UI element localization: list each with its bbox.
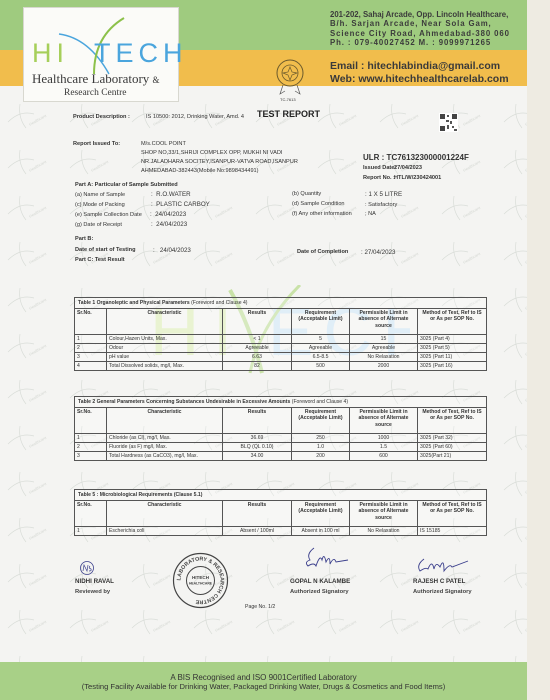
table-cell: Absent / 100ml: [223, 527, 292, 536]
table-caption: Table 5 : Microbiological Requirements (…: [75, 490, 487, 501]
sample-field-value: : PLASTIC CARBOY: [151, 201, 210, 208]
table-cell: 3: [75, 353, 107, 362]
column-header: Permissible Limit in absence of Alternat…: [350, 501, 418, 527]
issued-to-line: NR.JALADHARA SOCITEY,ISANPUR-VATVA ROAD,…: [141, 159, 298, 165]
footer-certification: A BIS Recognised and ISO 9001Certified L…: [0, 673, 527, 682]
table-cell: 15: [350, 335, 418, 344]
table-cell: 200: [292, 452, 350, 461]
table-cell: 250: [292, 434, 350, 443]
column-header: Sr.No.: [75, 501, 107, 527]
test-report-page: Healthcare HI TECH Healthcare Laboratory…: [0, 0, 527, 700]
column-header: Results: [223, 408, 292, 434]
sample-field-label: (e) Sample Collection Date: [75, 212, 142, 218]
sample-field-label: (f) Any other information: [292, 211, 352, 217]
column-header: Sr.No.: [75, 408, 107, 434]
sample-field-value: : 24/04/2023: [151, 221, 187, 228]
table-cell: Agreeable: [350, 344, 418, 353]
svg-text:HEALTHCARE: HEALTHCARE: [189, 582, 213, 586]
table-cell: Colour,Hazen Units, Max.: [107, 335, 223, 344]
table-cell: Odour: [107, 344, 223, 353]
column-header: Method of Test, Ref to IS or As per SOP …: [418, 408, 487, 434]
table-cell: < 1: [223, 335, 292, 344]
result-table-1: Table 1 Organoleptic and Physical Parame…: [74, 297, 487, 371]
table-cell: 1000: [350, 434, 418, 443]
table-row: 1Colour,Hazen Units, Max.< 15153025 (Par…: [75, 335, 487, 344]
issued-date-value: 27/04/2023: [394, 165, 422, 171]
table-row: 1Escherichia coliAbsent / 100mlAbsent in…: [75, 527, 487, 536]
table-cell: 6.63: [223, 353, 292, 362]
issued-to-line: M/s.COOL POINT: [141, 141, 186, 147]
reviewer-name: NIDHI RAVAL: [75, 578, 114, 585]
table-cell: 2000: [350, 362, 418, 371]
column-header: Sr.No.: [75, 309, 107, 335]
table-cell: 3025 (Part 60): [418, 443, 487, 452]
table-cell: 3025 (Part 11): [418, 353, 487, 362]
table-cell: Total Hardness (as CaCO3), mg/l, Max.: [107, 452, 223, 461]
result-table-2: Table 2 General Parameters Concerning Su…: [74, 396, 487, 461]
table-cell: 82: [223, 362, 292, 371]
product-description-label: Product Description :: [73, 114, 130, 120]
table-cell: 3025 (Part 16): [418, 362, 487, 371]
table-cell: Fluoride (as F) mg/l, Max.: [107, 443, 223, 452]
table-header-row: Sr.No.CharacteristicResultsRequirement (…: [75, 501, 487, 527]
start-testing-label: Date of start of Testing: [75, 247, 136, 253]
qr-code-icon[interactable]: [439, 113, 458, 132]
table-cell: 2: [75, 344, 107, 353]
sample-field-value: ; NA: [365, 211, 376, 217]
signature-icon: [410, 553, 470, 578]
column-header: Method of Test, Ref to IS or As per SOP …: [418, 501, 487, 527]
table-cell: 500: [292, 362, 350, 371]
table-caption: Table 1 Organoleptic and Physical Parame…: [75, 298, 487, 309]
lab-stamp-icon: LABORATORY & RESEARCH CENTRE HITECH HEAL…: [172, 552, 229, 609]
page-number: Page No. 1/2: [245, 604, 275, 610]
logo-subtitle: Research Centre: [64, 88, 127, 98]
footer-facilities: (Testing Facility Available for Drinking…: [0, 682, 527, 691]
lab-email[interactable]: Email : hitechlabindia@gmail.com: [330, 60, 509, 73]
column-header: Requirement (Acceptable Limit): [292, 408, 350, 434]
part-b-heading: Part B:: [75, 236, 93, 242]
table-cell: Escherichia coli: [107, 527, 223, 536]
table-row: 3Total Hardness (as CaCO3), mg/l, Max.34…: [75, 452, 487, 461]
signatory-role: Authorized Signatory: [413, 589, 472, 595]
reviewer-role: Reviewed by: [75, 589, 110, 595]
table-cell: 1: [75, 434, 107, 443]
column-header: Permissible Limit in absence of Alternat…: [350, 309, 418, 335]
sample-field-value: : R.O.WATER: [151, 191, 191, 198]
table-cell: 1: [75, 335, 107, 344]
sample-field-label: (a) Name of Sample: [75, 192, 125, 198]
table-cell: Chloride (as Cl), mg/l, Max.: [107, 434, 223, 443]
column-header: Requirement (Acceptable Limit): [292, 501, 350, 527]
table-cell: IS 15185: [418, 527, 487, 536]
result-table-3: Table 5 : Microbiological Requirements (…: [74, 489, 487, 536]
column-header: Characteristic: [107, 501, 223, 527]
sample-field-label: (g) Date of Receipt: [75, 222, 122, 228]
table-row: 1Chloride (as Cl), mg/l, Max.36.69250100…: [75, 434, 487, 443]
table-cell: 4: [75, 362, 107, 371]
column-header: Characteristic: [107, 309, 223, 335]
lab-logo: HI TECH Healthcare Laboratory & Research…: [23, 7, 179, 102]
start-testing-value: : 24/04/2023: [153, 247, 191, 254]
lab-contact: Email : hitechlabindia@gmail.com Web: ww…: [330, 60, 509, 86]
table-cell: pH value: [107, 353, 223, 362]
signatory-name: RAJESH C PATEL: [413, 578, 465, 585]
table-cell: 3025 (Part 4): [418, 335, 487, 344]
table-cell: 600: [350, 452, 418, 461]
svg-text:LABORATORY & RESEARCH CENTRE: LABORATORY & RESEARCH CENTRE: [176, 556, 224, 604]
issued-to-line: AHMEDABAD-382443(Mobile No:9898434491): [141, 168, 259, 174]
issued-to-line: SHOP NO,33/1,SHRIJI COMPLEX OPP, MUKHI N…: [141, 150, 282, 156]
table-cell: 5: [292, 335, 350, 344]
table-cell: No Relaxation: [350, 353, 418, 362]
table-cell: 6.5-8.5: [292, 353, 350, 362]
report-no-label: Report No. :: [363, 175, 395, 181]
table-row: 4Total Dissolved solids, mg/l, Max.82500…: [75, 362, 487, 371]
column-header: Method of Test, Ref to IS or As per SOP …: [418, 309, 487, 335]
completion-label: Date of Completion: [297, 249, 348, 255]
table-cell: Agreeable: [292, 344, 350, 353]
part-c-heading: Part C: Test Result: [75, 257, 125, 263]
column-header: Requirement (Acceptable Limit): [292, 309, 350, 335]
column-header: Results: [223, 309, 292, 335]
table-cell: 1: [75, 527, 107, 536]
sample-field-label: (c) Mode of Packing: [75, 202, 125, 208]
logo-lab-name: Healthcare Laboratory: [32, 71, 149, 86]
table-caption: Table 2 General Parameters Concerning Su…: [75, 397, 487, 408]
table-cell: 3025 (Part 5): [418, 344, 487, 353]
completion-value: : 27/04/2023: [361, 249, 395, 256]
table-cell: 3025(Part 21): [418, 452, 487, 461]
table-cell: 3025 (Part 32): [418, 434, 487, 443]
table-cell: 34.00: [223, 452, 292, 461]
table-cell: 1.0: [292, 443, 350, 452]
sample-field-label: (d) Sample Condition: [292, 201, 345, 207]
sample-field-value: : Satisfactory: [365, 202, 397, 208]
ulr-number: ULR : TC761323000001224F: [363, 153, 469, 162]
part-a-heading: Part A: Particular of Sample Submitted: [75, 182, 178, 188]
accreditation-code: TC-7613: [280, 97, 296, 102]
table-row: 2OdourAgreeableAgreeableAgreeable3025 (P…: [75, 344, 487, 353]
report-title: TEST REPORT: [257, 109, 320, 119]
table-cell: Absent in 100 ml: [292, 527, 350, 536]
table-cell: Agreeable: [223, 344, 292, 353]
sample-field-value: : 1 X 5 LITRE: [365, 191, 402, 198]
issued-to-label: Report Issued To:: [73, 141, 120, 147]
table-header-row: Sr.No.CharacteristicResultsRequirement (…: [75, 309, 487, 335]
logo-wordmark: HI TECH: [32, 38, 188, 69]
sample-field-value: : 24/04/2023: [150, 211, 186, 218]
report-no-value: HTL/W/230424001: [394, 175, 441, 181]
svg-text:HITECH: HITECH: [192, 575, 210, 580]
lab-address: 201-202, Sahaj Arcade, Opp. Lincoln Heal…: [330, 10, 510, 48]
signatory-name: GOPAL N KALAMBE: [290, 578, 350, 585]
table-cell: 36.69: [223, 434, 292, 443]
initials-signature-icon: [77, 560, 97, 576]
sample-field-label: (b) Quantity: [292, 191, 321, 197]
table-cell: No Relaxation: [350, 527, 418, 536]
column-header: Permissible Limit in absence of Alternat…: [350, 408, 418, 434]
table-cell: 3: [75, 452, 107, 461]
accreditation-seal-icon: [275, 58, 305, 102]
table-cell: BLQ (QL 0.10): [223, 443, 292, 452]
table-header-row: Sr.No.CharacteristicResultsRequirement (…: [75, 408, 487, 434]
table-cell: 2: [75, 443, 107, 452]
table-row: 3pH value6.636.5-8.5No Relaxation3025 (P…: [75, 353, 487, 362]
product-description-value: IS 10500: 2012, Drinking Water, Amd. 4: [146, 114, 244, 120]
lab-website[interactable]: Web: www.hitechhealthcarelab.com: [330, 73, 509, 86]
table-cell: 1.5: [350, 443, 418, 452]
issued-date-label: Issued Date:: [363, 165, 396, 171]
column-header: Results: [223, 501, 292, 527]
table-row: 2Fluoride (as F) mg/l, Max.BLQ (QL 0.10)…: [75, 443, 487, 452]
signature-icon: [300, 544, 350, 574]
column-header: Characteristic: [107, 408, 223, 434]
signatory-role: Authorized Signatory: [290, 589, 349, 595]
table-cell: Total Dissolved solids, mg/l, Max.: [107, 362, 223, 371]
